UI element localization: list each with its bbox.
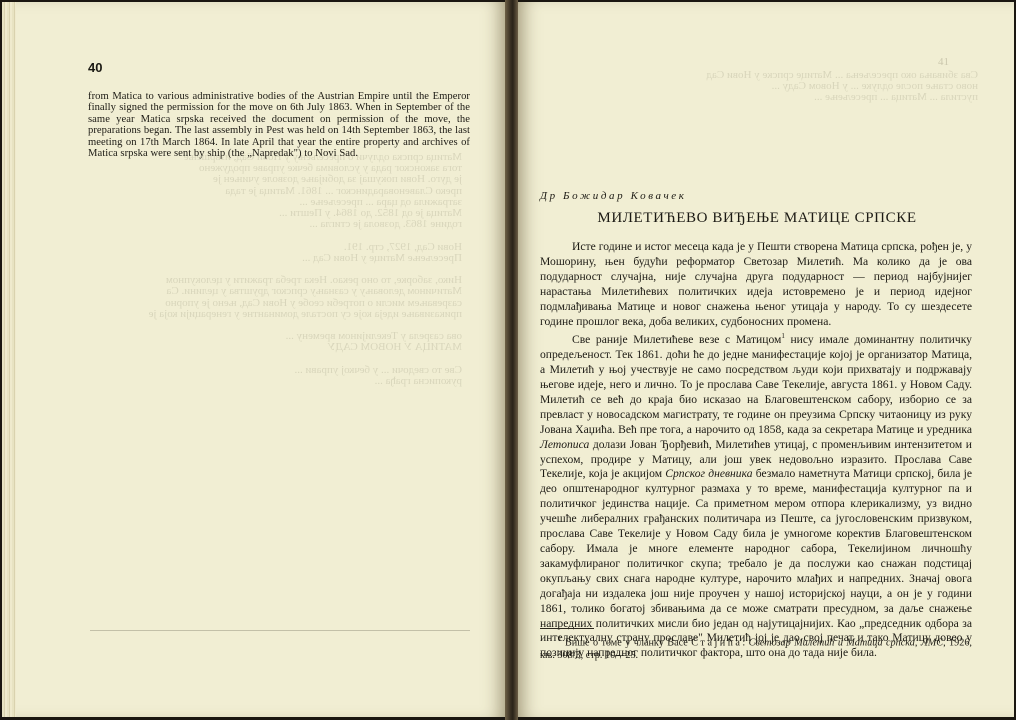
book-gutter <box>505 0 518 720</box>
footnote-reference[interactable]: 1 <box>781 332 785 340</box>
footnote-rule <box>540 628 594 629</box>
english-paragraph: from Matica to various administrative bo… <box>88 91 470 159</box>
show-through-text: Сва збивања око пресељења ... Матице срп… <box>538 70 978 210</box>
article-author: Др Божидар Ковачек <box>540 190 687 202</box>
book-spread: Матица српска одлучи о пресељењу у Нови … <box>0 0 1016 720</box>
article-body: Исте године и истог месеца када је у Пеш… <box>540 240 972 661</box>
body-paragraph: Све раније Милетићеве везе с Матицом1 ни… <box>540 329 972 661</box>
article-title: МИЛЕТИЋЕВО ВИЂЕЊЕ МАТИЦЕ СРПСКЕ <box>540 210 974 227</box>
footnote: 1 Више о томе у чланку Васе Стајића: Све… <box>540 633 972 663</box>
show-through-text: Матица српска одлучи о пресељењу у Нови … <box>62 152 462 622</box>
page-number-left: 40 <box>88 60 470 75</box>
page-number-right: 41 <box>938 56 949 68</box>
left-page-content: 40 from Matica to various administrative… <box>88 60 470 159</box>
body-paragraph: Исте године и истог месеца када је у Пеш… <box>540 240 972 329</box>
show-through-rule <box>90 630 470 631</box>
left-page: Матица српска одлучи о пресељењу у Нови … <box>2 2 505 717</box>
